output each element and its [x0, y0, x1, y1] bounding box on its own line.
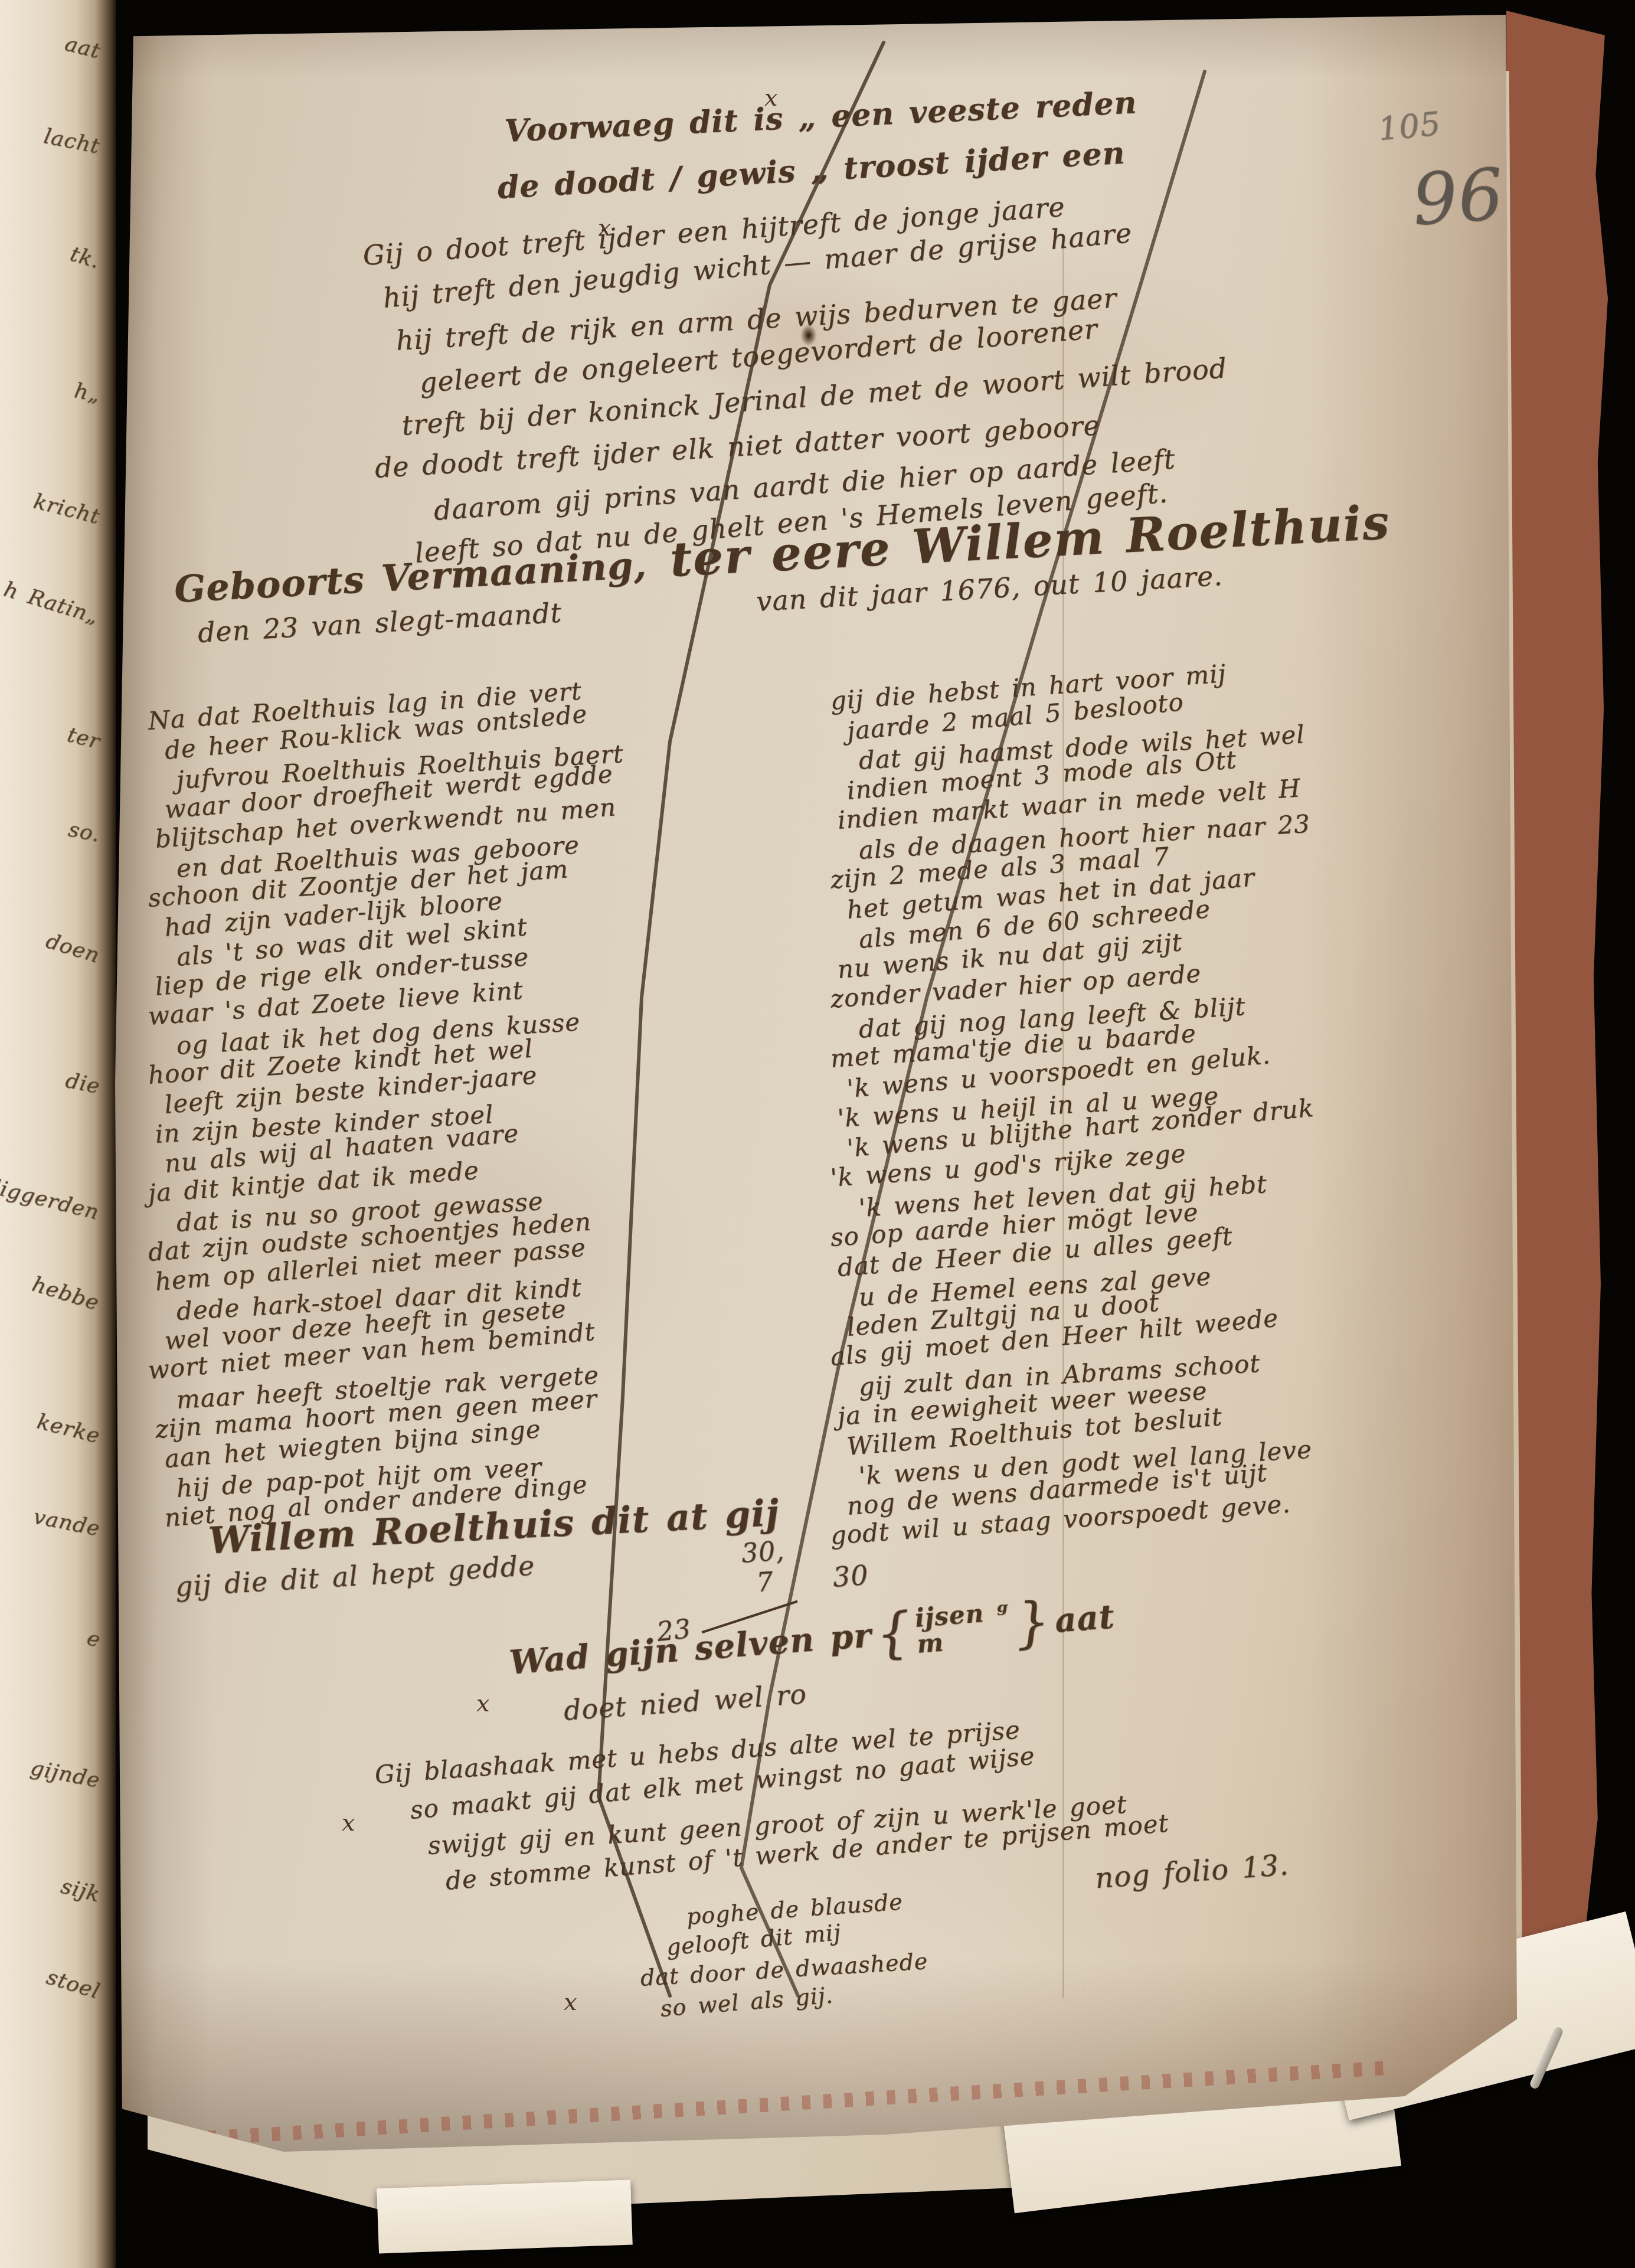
section-heading: Geboorts Vermaaning, ter eere Willem Roe… — [174, 558, 1484, 649]
bottom-heading-tail: aat — [1054, 1597, 1116, 1640]
spine-fragment: kricht — [31, 489, 102, 529]
folio-number: 96 — [1410, 153, 1506, 241]
spine-fragment: sijk — [58, 1874, 103, 1907]
left-verse-column: Na dat Roelthuis lag in die vertde heer … — [148, 707, 815, 1533]
sum-mid: 7 — [733, 1567, 774, 1600]
margin-x-mark: x — [476, 1690, 490, 1717]
right-verse-column: gij die hebst in hart voor mijjaarde 2 m… — [830, 687, 1509, 1551]
spine-fragment: stoel — [44, 1965, 103, 2004]
spine-fragment: gijnde — [28, 1756, 102, 1793]
spine-fragment: aat — [63, 31, 103, 63]
spine-fragment: die — [64, 1068, 103, 1099]
brace-stacked-words: ijsen ᵍ m — [914, 1599, 1012, 1658]
bottom-heading-line2: doet nied wel ro — [563, 1678, 807, 1727]
spine-fragment: h„ — [73, 378, 103, 407]
spine-fragment: liggerden — [0, 1175, 102, 1224]
brace-close: } — [1015, 1621, 1050, 1624]
brace-bottom-word: m — [916, 1625, 1013, 1658]
manuscript-photo: aatlachttk.h„krichth Ratin„terso.doendie… — [0, 0, 1635, 2268]
bottom-stanza: Gij blaashaak met u hebs dus alte wel te… — [375, 1757, 1171, 1899]
spine-fragment: lacht — [42, 124, 102, 159]
previous-page-text-fragments: aatlachttk.h„krichth Ratin„terso.doendie… — [0, 35, 116, 2107]
bottom-heading-lead: Wad gijn selven pr — [508, 1616, 873, 1682]
spine-fragment: vande — [31, 1504, 102, 1541]
spine-fragment: kerke — [34, 1409, 102, 1448]
brace-open: { — [877, 1632, 911, 1635]
margin-sum: 30, 7 — [731, 1536, 788, 1600]
paper-slip — [377, 2180, 633, 2254]
spine-fragment: hebbe — [30, 1272, 103, 1315]
red-sprinkled-fore-edge — [1506, 11, 1608, 2065]
bottom-marginal-quatrain: poghe de blausdegelooft dit mijdat door … — [640, 1901, 928, 2024]
margin-x-mark: x — [342, 1809, 355, 1836]
folio-number-faint: 105 — [1376, 105, 1443, 149]
spine-fragment: h Ratin„ — [1, 577, 102, 629]
book-spine-previous-page-edge: aatlachttk.h„krichth Ratin„terso.doendie… — [0, 0, 116, 2268]
manuscript-page: 105 96 x x Voorwaeg dit is „ een veeste … — [115, 15, 1517, 2152]
margin-x-mark: x — [564, 1989, 577, 2016]
spine-fragment: e — [84, 1626, 103, 1653]
bottom-section-heading: Wad gijn selven pr { ijsen ᵍ m } aat — [508, 1590, 1117, 1689]
spine-fragment: ter — [65, 723, 103, 754]
spine-fragment: doen — [43, 929, 103, 968]
spine-fragment: so. — [67, 817, 103, 847]
spine-fragment: tk. — [67, 241, 103, 273]
right-column-count: 30 — [832, 1559, 869, 1593]
sum-top: 30, — [731, 1536, 786, 1570]
